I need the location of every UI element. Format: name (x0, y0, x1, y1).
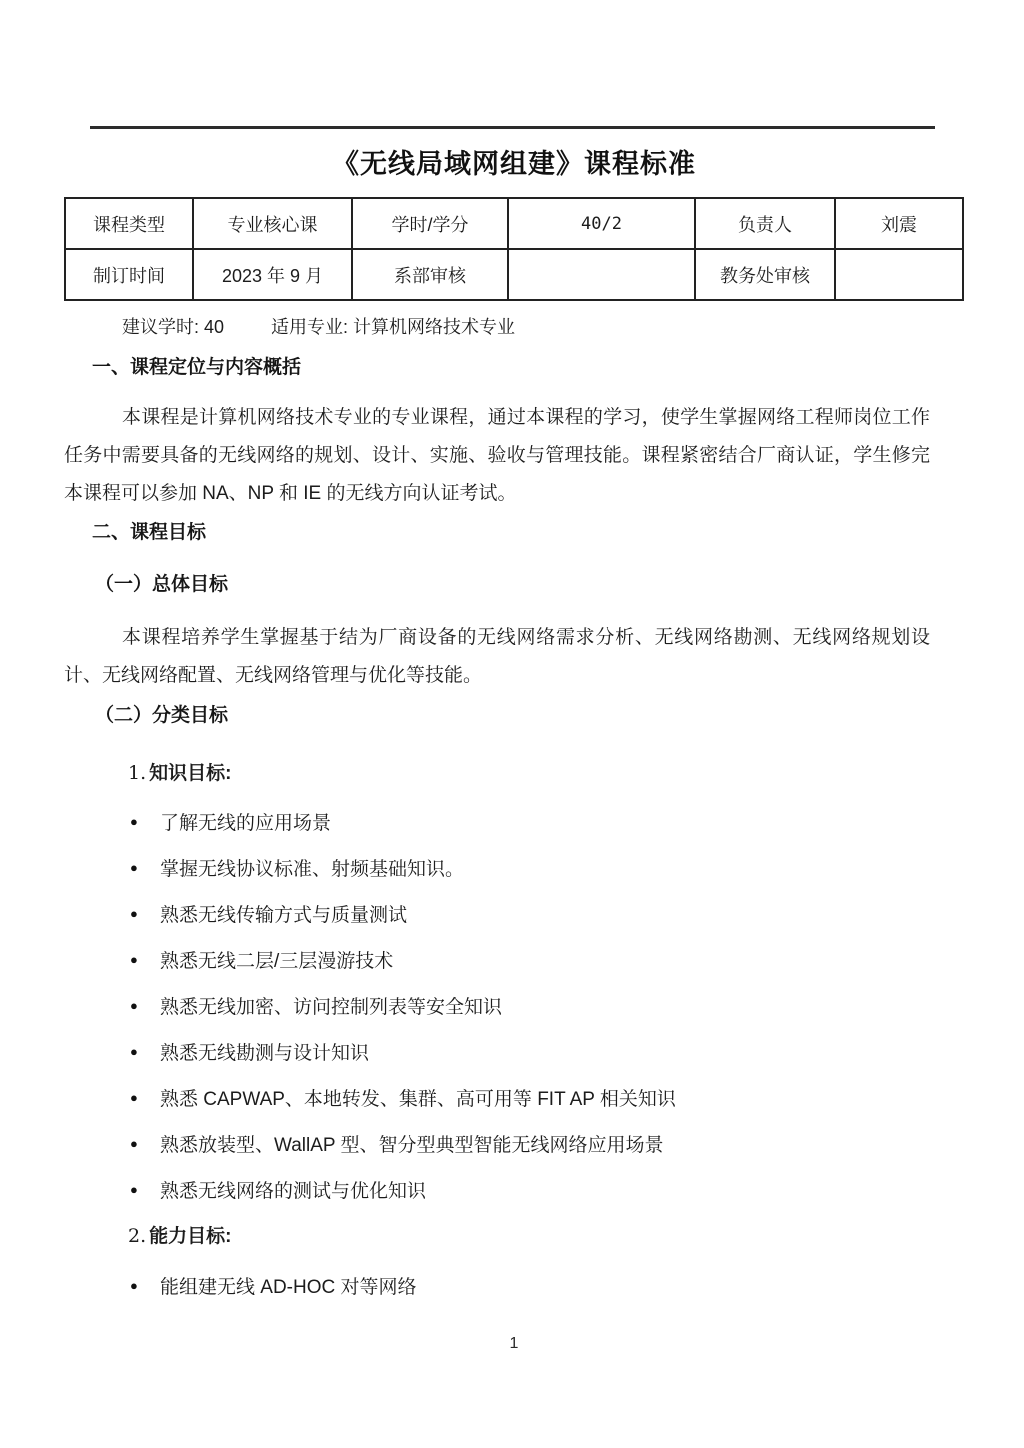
date-value: 2023 年 9 月 (193, 249, 352, 300)
table-row: 课程类型 专业核心课 学时/学分 40/2 负责人 刘震 (65, 198, 963, 249)
header-rule (90, 126, 935, 129)
office-review-label: 教务处审核 (695, 249, 835, 300)
knowledge-goals-number: 1. (128, 762, 146, 784)
overall-goal-paragraph: 本课程培养学生掌握基于结为厂商设备的无线网络需求分析、无线网络勘测、无线网络规划… (64, 619, 930, 695)
list-item: ●熟悉无线加密、访问控制列表等安全知识 (130, 982, 964, 1028)
ability-goals-label: 2.能力目标: (128, 1224, 964, 1249)
list-item-text: 能组建无线 AD-HOC 对等网络 (160, 1272, 417, 1299)
knowledge-goals-title: 知识目标: (149, 763, 231, 784)
list-item: ●掌握无线协议标准、射频基础知识。 (130, 844, 964, 890)
course-type-label: 课程类型 (65, 198, 193, 249)
list-item: ●熟悉放装型、WallAP 型、智分型典型智能无线网络应用场景 (130, 1120, 964, 1166)
section-heading-course-positioning: 一、课程定位与内容概括 (92, 356, 964, 380)
office-review-value (835, 249, 963, 300)
subsection-heading-classified-goal: （二）分类目标 (95, 704, 964, 728)
bullet-icon: ● (130, 1278, 144, 1293)
list-item-text: 掌握无线协议标准、射频基础知识。 (160, 854, 464, 881)
ability-goals-list: ●能组建无线 AD-HOC 对等网络 (130, 1262, 964, 1308)
knowledge-goals-label: 1.知识目标: (128, 761, 964, 786)
bullet-icon: ● (130, 860, 144, 875)
ability-goals-number: 2. (128, 1225, 146, 1247)
dept-review-label: 系部审核 (352, 249, 508, 300)
document-page: 《无线局域网组建》课程标准 课程类型 专业核心课 学时/学分 40/2 负责人 … (0, 0, 1024, 1448)
hours-credits-value: 40/2 (508, 198, 695, 249)
date-label: 制订时间 (65, 249, 193, 300)
page-number: 1 (64, 1334, 964, 1354)
list-item-text: 熟悉无线网络的测试与优化知识 (160, 1176, 426, 1203)
list-item-text: 熟悉 CAPWAP、本地转发、集群、高可用等 FIT AP 相关知识 (160, 1084, 676, 1111)
meta-line: 建议学时: 40 适用专业: 计算机网络技术专业 (122, 316, 964, 338)
list-item: ●熟悉无线二层/三层漫游技术 (130, 936, 964, 982)
list-item-text: 熟悉无线传输方式与质量测试 (160, 900, 407, 927)
list-item: ●熟悉无线传输方式与质量测试 (130, 890, 964, 936)
list-item: ●熟悉无线网络的测试与优化知识 (130, 1166, 964, 1212)
bullet-icon: ● (130, 814, 144, 829)
course-info-table: 课程类型 专业核心课 学时/学分 40/2 负责人 刘震 制订时间 2023 年… (64, 197, 964, 301)
knowledge-goals-list: ●了解无线的应用场景 ●掌握无线协议标准、射频基础知识。 ●熟悉无线传输方式与质… (130, 798, 964, 1212)
list-item-text: 熟悉无线二层/三层漫游技术 (160, 946, 393, 973)
person-in-charge-value: 刘震 (835, 198, 963, 249)
list-item-text: 熟悉放装型、WallAP 型、智分型典型智能无线网络应用场景 (160, 1130, 664, 1157)
bullet-icon: ● (130, 1136, 144, 1151)
list-item: ●了解无线的应用场景 (130, 798, 964, 844)
suggested-hours: 建议学时: 40 (122, 317, 224, 337)
course-type-value: 专业核心课 (193, 198, 352, 249)
list-item-text: 熟悉无线勘测与设计知识 (160, 1038, 369, 1065)
list-item: ●熟悉无线勘测与设计知识 (130, 1028, 964, 1074)
bullet-icon: ● (130, 952, 144, 967)
list-item: ●熟悉 CAPWAP、本地转发、集群、高可用等 FIT AP 相关知识 (130, 1074, 964, 1120)
table-row: 制订时间 2023 年 9 月 系部审核 教务处审核 (65, 249, 963, 300)
list-item: ●能组建无线 AD-HOC 对等网络 (130, 1262, 964, 1308)
section-heading-course-objectives: 二、课程目标 (92, 521, 964, 545)
course-positioning-paragraph: 本课程是计算机网络技术专业的专业课程，通过本课程的学习，使学生掌握网络工程师岗位… (64, 399, 930, 513)
list-item-text: 了解无线的应用场景 (160, 808, 331, 835)
bullet-icon: ● (130, 1044, 144, 1059)
hours-credits-label: 学时/学分 (352, 198, 508, 249)
document-title: 《无线局域网组建》课程标准 (64, 144, 964, 184)
subsection-heading-overall-goal: （一）总体目标 (95, 573, 964, 597)
ability-goals-title: 能力目标: (149, 1226, 231, 1247)
list-item-text: 熟悉无线加密、访问控制列表等安全知识 (160, 992, 502, 1019)
bullet-icon: ● (130, 998, 144, 1013)
applicable-major: 适用专业: 计算机网络技术专业 (271, 317, 515, 337)
dept-review-value (508, 249, 695, 300)
person-in-charge-label: 负责人 (695, 198, 835, 249)
bullet-icon: ● (130, 906, 144, 921)
bullet-icon: ● (130, 1182, 144, 1197)
bullet-icon: ● (130, 1090, 144, 1105)
